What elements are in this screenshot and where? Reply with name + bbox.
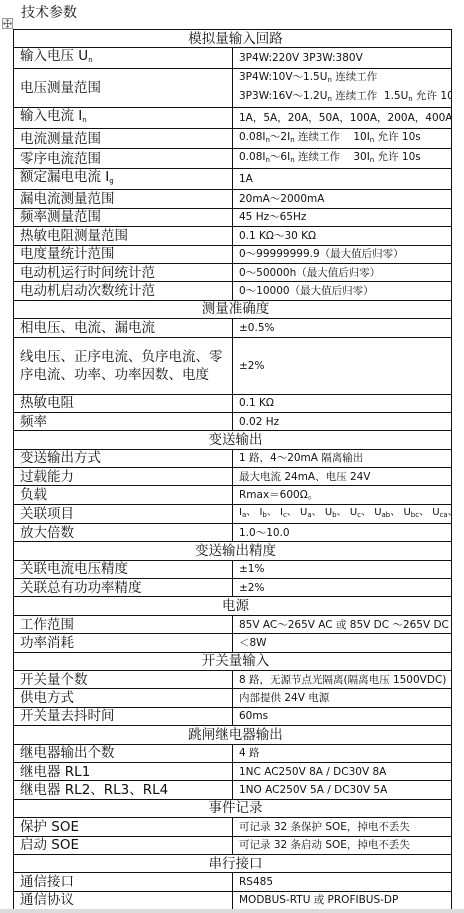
table-row: 热敏电阻 0.1 KΩ [14,394,452,412]
document-title: 技术参数 [21,4,77,22]
param-value: Ia、 Ib、 Ic、 Ua、 Ub、 Uc、 Uab、 Ubc、 Uca、 P [233,504,452,523]
param-name: 电流测量范围 [14,129,233,149]
param-value: 20mA～2000mA [233,190,452,208]
param-name: 开关量去抖时间 [14,707,233,725]
param-name: 输入电流 In [14,108,233,129]
move-arrows-icon [3,19,12,28]
param-name: 过载能力 [14,468,233,486]
table-row: 过载能力 最大电流 24mA、电压 24V [14,468,452,486]
section-header: 模拟量输入回路 [14,30,452,48]
param-value: 3P4W:220V 3P3W:380V [233,48,452,69]
related-item: Uc、 [350,507,371,518]
param-value: 0.1 KΩ [233,394,452,412]
param-value: 0.1 KΩ～30 KΩ [233,227,452,245]
param-name: 负载 [14,486,233,504]
table-row: 相电压、电流、漏电流 ±0.5% [14,319,452,337]
section-header: 跳闸继电器输出 [14,726,452,744]
table-row: 关联电流电压精度 ±1% [14,560,452,578]
param-name: 继电器 RL1 [14,762,233,780]
param-value: 0～10000（最大值后归零） [233,282,452,300]
param-name: 电动机启动次数统计范 [14,282,233,300]
param-value: 1 路，4～20mA 隔离输出 [233,449,452,467]
param-value: ＜8W [233,634,452,652]
related-item: Ubc、 [403,507,429,518]
spec-table: 模拟量输入回路 输入电压 Un 3P4W:220V 3P3W:380V 电压测量… [13,29,452,910]
section-header: 测量准确度 [14,300,452,318]
param-name: 通信接口 [14,873,233,891]
section-header: 变送输出 [14,431,452,449]
param-name: 供电方式 [14,689,233,707]
section-header-row: 变送输出 [14,431,452,449]
param-value: ±2% [233,337,452,394]
param-name: 电压测量范围 [14,69,233,108]
param-value: 60ms [233,707,452,725]
table-row: 启动 SOE 可记录 32 条启动 SOE，掉电不丢失 [14,836,452,854]
param-name: 输入电压 Un [14,48,233,69]
section-header-row: 事件记录 [14,799,452,817]
param-name: 保护 SOE [14,818,233,836]
table-row: 电动机运行时间统计范 0～50000h（最大值后归零） [14,263,452,281]
table-row: 继电器 RL1 1NC AC250V 8A / DC30V 8A [14,762,452,780]
table-row: 电度量统计范围 0～99999999.9（最大值后归零） [14,245,452,263]
section-header-row: 跳闸继电器输出 [14,726,452,744]
param-name: 频率 [14,412,233,430]
table-row: 保护 SOE 可记录 32 条保护 SOE，掉电不丢失 [14,818,452,836]
table-row: 通信协议 MODBUS-RTU 或 PROFIBUS-DP [14,891,452,909]
param-name: 功率消耗 [14,634,233,652]
section-header: 开关量输入 [14,652,452,670]
table-row: 放大倍数 1.0～10.0 [14,523,452,541]
section-header: 电源 [14,597,452,615]
table-row: 热敏电阻测量范围 0.1 KΩ～30 KΩ [14,227,452,245]
param-name: 关联电流电压精度 [14,560,233,578]
param-value: 1NC AC250V 8A / DC30V 8A [233,762,452,780]
param-name: 关联总有功功率精度 [14,579,233,597]
param-value: 1.0～10.0 [233,523,452,541]
param-name: 零序电流范围 [14,149,233,169]
table-row: 供电方式 内部提供 24V 电源 [14,689,452,707]
param-name: 热敏电阻测量范围 [14,227,233,245]
table-row: 电动机启动次数统计范 0～10000（最大值后归零） [14,282,452,300]
param-value: 1A [233,169,452,190]
section-header-row: 测量准确度 [14,300,452,318]
param-value: ±0.5% [233,319,452,337]
param-name: 启动 SOE [14,836,233,854]
param-name: 继电器 RL2、RL3、RL4 [14,781,233,799]
param-name: 工作范围 [14,615,233,633]
value-line: 3P3W:16V～1.2Un 连续工作 1.5Un 允许 10s [239,88,451,107]
table-row: 变送输出方式 1 路，4～20mA 隔离输出 [14,449,452,467]
table-row: 输入电压 Un 3P4W:220V 3P3W:380V [14,48,452,69]
param-value: 3P4W:10V～1.5Un 连续工作 3P3W:16V～1.2Un 连续工作 … [233,69,452,108]
param-name: 漏电流测量范围 [14,190,233,208]
param-name: 频率测量范围 [14,208,233,226]
section-header: 串行接口 [14,854,452,872]
table-row: 零序电流范围 0.08In～6In 连续工作 30In 允许 10s [14,149,452,169]
param-value: Rmax＝600Ω。 [233,486,452,504]
param-name: 关联项目 [14,504,233,523]
table-row: 输入电流 In 1A，5A，20A，50A，100A，200A，400A， [14,108,452,129]
related-item: Ic、 [280,507,297,518]
value-line: 3P4W:10V～1.5Un 连续工作 [239,69,451,88]
param-value: MODBUS-RTU 或 PROFIBUS-DP [233,891,452,909]
section-header-row: 开关量输入 [14,652,452,670]
section-header: 事件记录 [14,799,452,817]
related-item: Ua、 [300,507,322,518]
param-name: 热敏电阻 [14,394,233,412]
param-name: 通信协议 [14,891,233,909]
param-name: 电度量统计范围 [14,245,233,263]
section-header-row: 变送输出精度 [14,542,452,560]
param-value: 4 路 [233,744,452,762]
param-name: 额定漏电电流 Ig [14,169,233,190]
section-header-row: 电源 [14,597,452,615]
table-row: 继电器 RL2、RL3、RL4 1NO AC250V 5A / DC30V 5A [14,781,452,799]
table-row: 电流测量范围 0.08In～2In 连续工作 10In 允许 10s [14,129,452,149]
related-item: Ia、 [239,507,256,518]
related-item: Uab、 [374,507,400,518]
param-name: 放大倍数 [14,523,233,541]
table-row: 功率消耗 ＜8W [14,634,452,652]
param-name: 电动机运行时间统计范 [14,263,233,281]
param-value: RS485 [233,873,452,891]
param-value: 0～99999999.9（最大值后归零） [233,245,452,263]
param-value: 0.08In～2In 连续工作 10In 允许 10s [233,129,452,149]
table-row: 通信接口 RS485 [14,873,452,891]
param-value: 0～50000h（最大值后归零） [233,263,452,281]
param-value: 最大电流 24mA、电压 24V [233,468,452,486]
table-row: 关联总有功功率精度 ±2% [14,579,452,597]
table-row: 开关量个数 8 路，无源节点光隔离(隔离电压 1500VDC) [14,670,452,688]
param-value: 85V AC～265V AC 或 85V DC ～265V DC [233,615,452,633]
table-row: 负载 Rmax＝600Ω。 [14,486,452,504]
param-name: 继电器输出个数 [14,744,233,762]
section-header: 变送输出精度 [14,542,452,560]
param-value: 0.08In～6In 连续工作 30In 允许 10s [233,149,452,169]
table-row: 继电器输出个数 4 路 [14,744,452,762]
param-value: 可记录 32 条保护 SOE，掉电不丢失 [233,818,452,836]
param-value: 45 Hz～65Hz [233,208,452,226]
param-name: 开关量个数 [14,670,233,688]
table-row: 额定漏电电流 Ig 1A [14,169,452,190]
page-bottom-edge [0,909,464,913]
related-item: Uca、 [432,507,451,518]
param-name: 线电压、正序电流、负序电流、零序电流、功率、功率因数、电度 [14,337,233,394]
table-row: 频率 0.02 Hz [14,412,452,430]
related-item: Ub、 [325,507,347,518]
param-value: 8 路，无源节点光隔离(隔离电压 1500VDC) [233,670,452,688]
param-value: 可记录 32 条启动 SOE，掉电不丢失 [233,836,452,854]
param-value: 0.02 Hz [233,412,452,430]
param-name: 变送输出方式 [14,449,233,467]
table-row: 工作范围 85V AC～265V AC 或 85V DC ～265V DC [14,615,452,633]
table-row: 漏电流测量范围 20mA～2000mA [14,190,452,208]
table-row: 线电压、正序电流、负序电流、零序电流、功率、功率因数、电度 ±2% [14,337,452,394]
param-value: ±1% [233,560,452,578]
table-row: 关联项目 Ia、 Ib、 Ic、 Ua、 Ub、 Uc、 Uab、 Ubc、 U… [14,504,452,523]
table-row: 电压测量范围 3P4W:10V～1.5Un 连续工作 3P3W:16V～1.2U… [14,69,452,108]
table-move-handle[interactable] [2,18,13,29]
param-value: ±2% [233,579,452,597]
param-value: 内部提供 24V 电源 [233,689,452,707]
section-header-row: 串行接口 [14,854,452,872]
table-row: 开关量去抖时间 60ms [14,707,452,725]
table-row: 频率测量范围 45 Hz～65Hz [14,208,452,226]
related-item: Ib、 [259,507,276,518]
param-name: 相电压、电流、漏电流 [14,319,233,337]
param-value: 1NO AC250V 5A / DC30V 5A [233,781,452,799]
section-header-row: 模拟量输入回路 [14,30,452,48]
param-value: 1A，5A，20A，50A，100A，200A，400A， [233,108,452,129]
